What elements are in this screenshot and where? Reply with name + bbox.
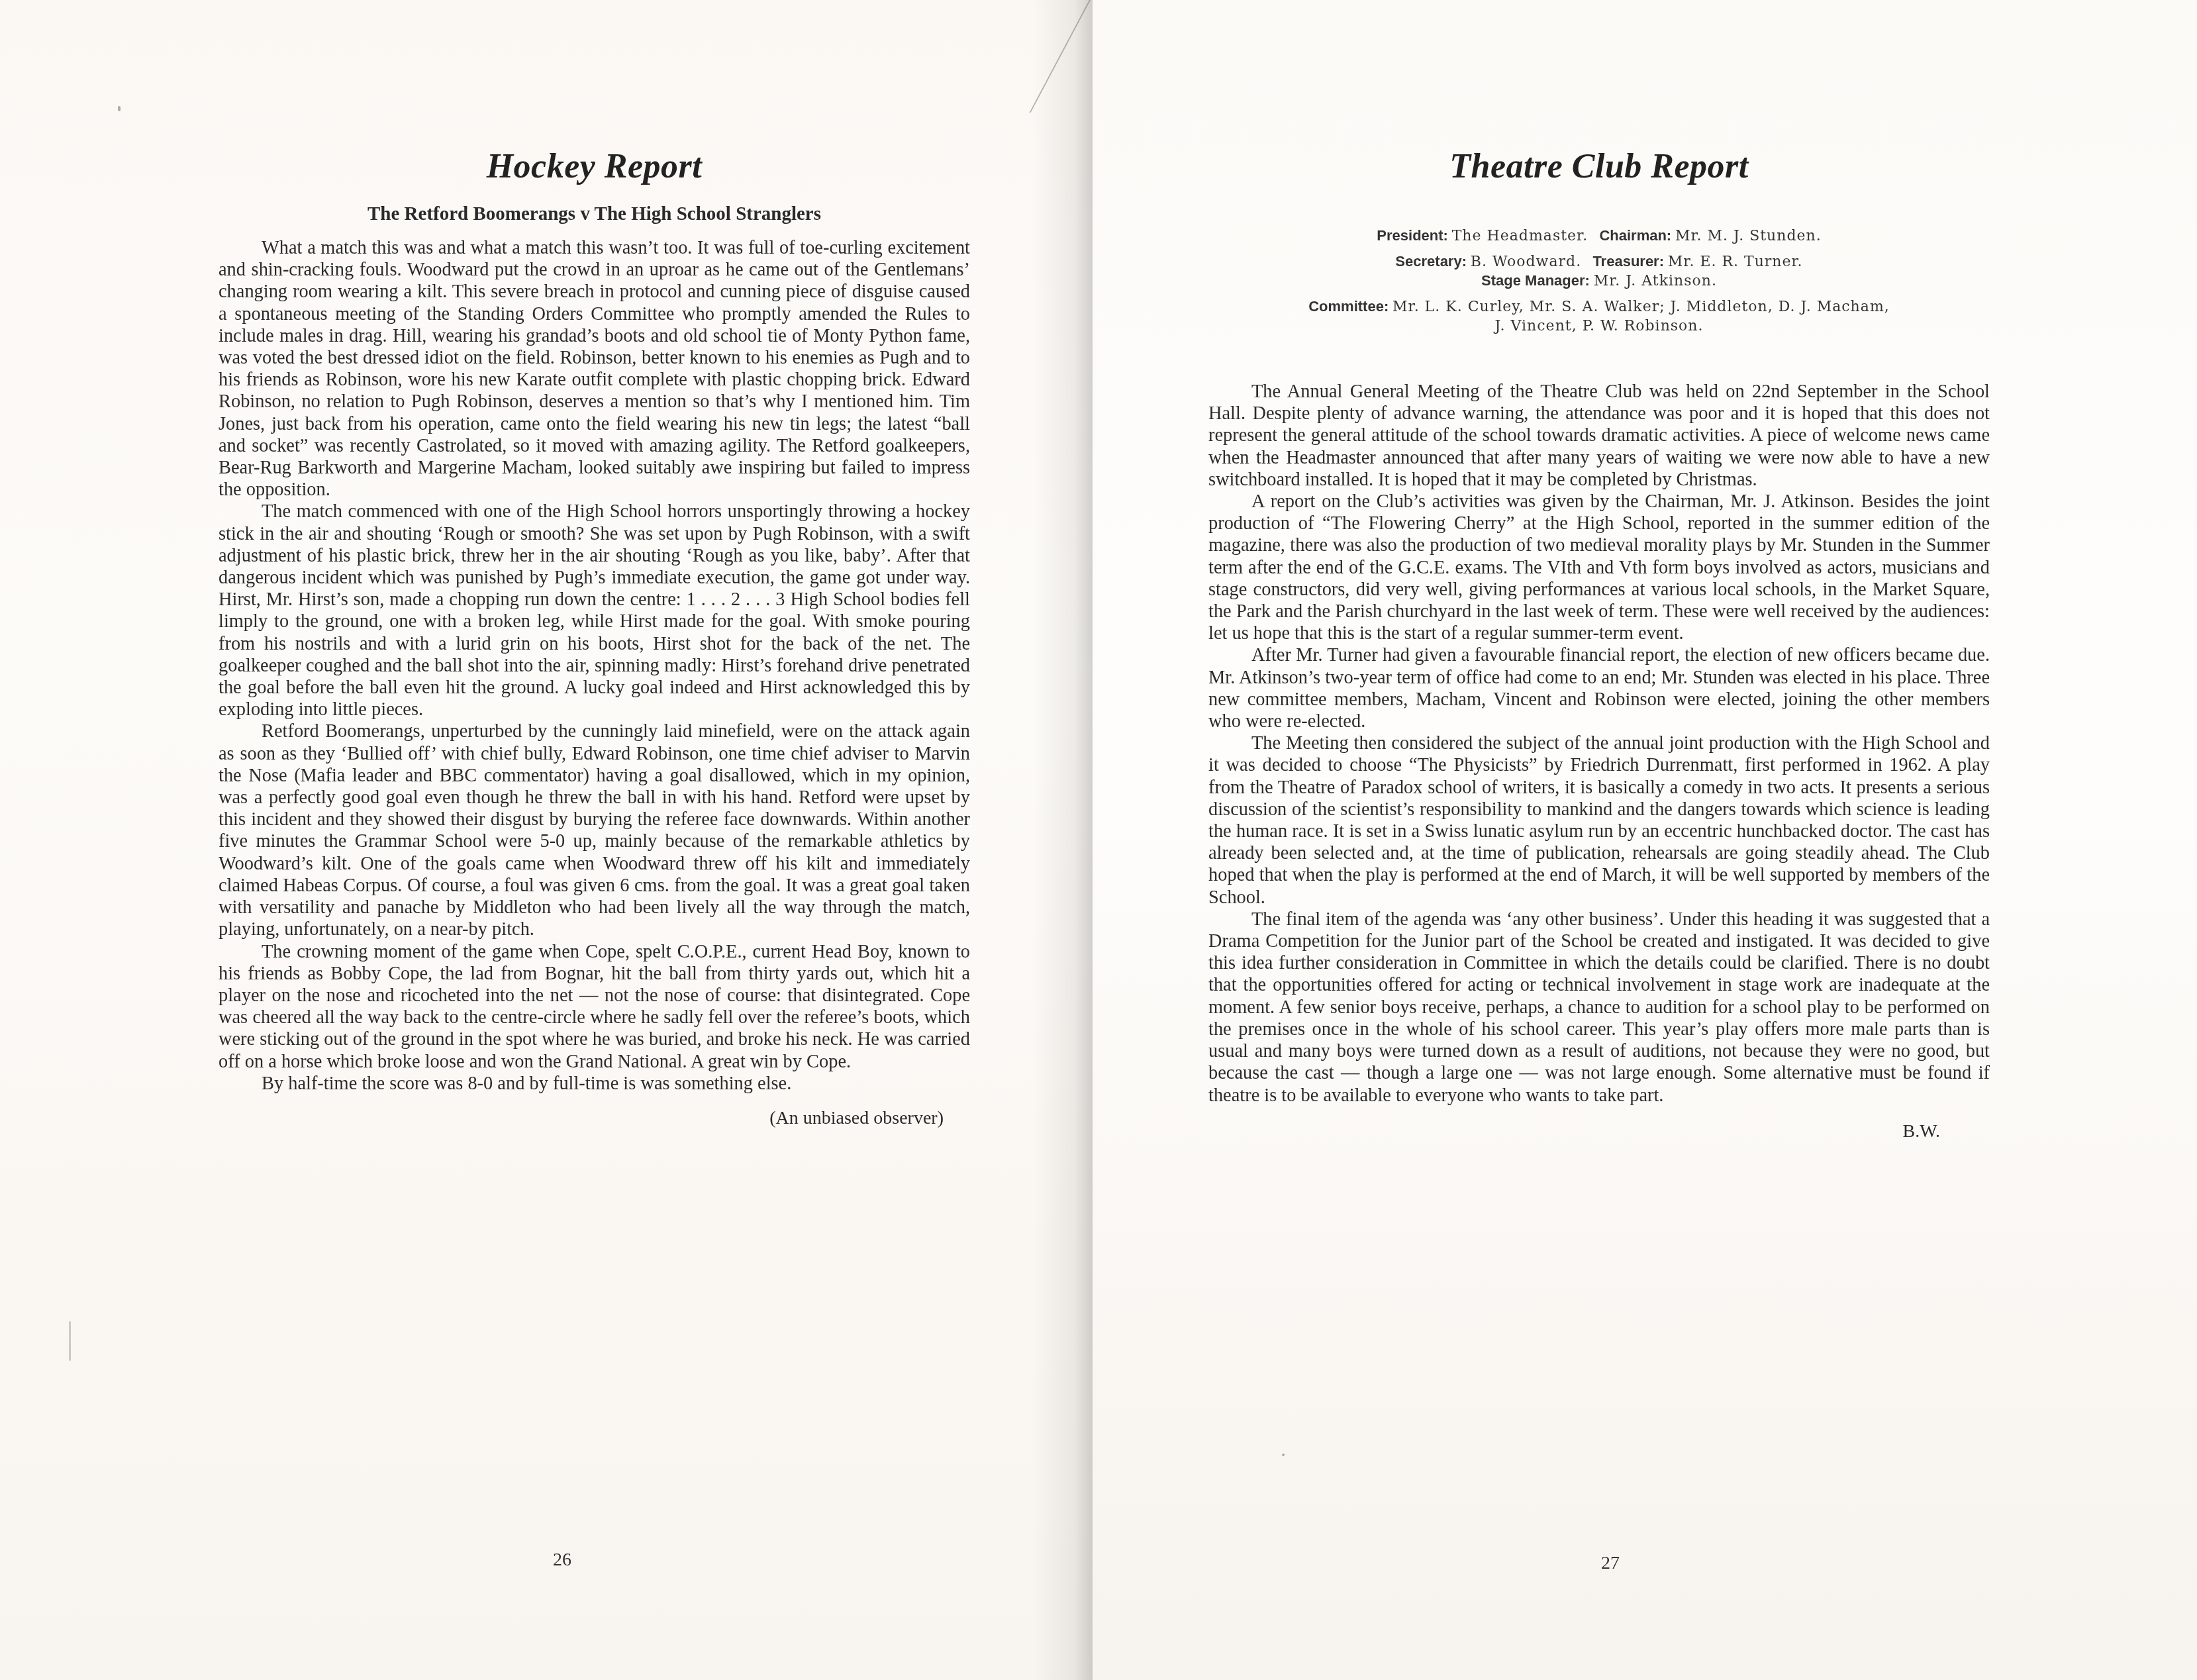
author-signoff: (An unbiased observer) [219,1108,970,1129]
gutter-shadow [1033,0,1093,1680]
magazine-spread: Hockey Report The Retford Boomerangs v T… [0,0,2197,1680]
hockey-report-article: Hockey Report The Retford Boomerangs v T… [219,147,970,1129]
article-title: Hockey Report [219,147,970,187]
article-subtitle: The Retford Boomerangs v The High School… [219,203,970,225]
page-number: 27 [1601,1553,1620,1574]
paper-speck [118,106,121,111]
chairman-value: Mr. M. J. Stunden. [1675,228,1822,244]
paragraph: After Mr. Turner had given a favourable … [1208,644,1990,732]
paragraph: The match commenced with one of the High… [219,501,970,720]
paragraph: A report on the Club’s activities was gi… [1208,491,1990,644]
paragraph: The Meeting then considered the subject … [1208,732,1990,909]
paragraph: By half-time the score was 8-0 and by fu… [219,1073,970,1095]
treasurer-value: Mr. E. R. Turner. [1668,254,1803,270]
officers-list: President: The Headmaster. Chairman: Mr.… [1208,226,1990,336]
officers-row-2: Secretary: B. Woodward. Treasurer: Mr. E… [1208,252,1990,272]
left-page: Hockey Report The Retford Boomerangs v T… [0,0,1093,1680]
officers-row-5: J. Vincent, P. W. Robinson. [1208,317,1990,336]
committee-value-continued: J. Vincent, P. W. Robinson. [1494,318,1703,334]
officers-row-3: Stage Manager: Mr. J. Atkinson. [1208,272,1990,291]
paragraph: The final item of the agenda was ‘any ot… [1208,909,1990,1107]
committee-value: Mr. L. K. Curley, Mr. S. A. Walker; J. M… [1392,299,1890,315]
treasurer-label: Treasurer: [1592,253,1664,270]
author-signoff: B.W. [1208,1121,1990,1142]
committee-label: Committee: [1308,298,1389,315]
president-label: President: [1377,227,1448,244]
president-value: The Headmaster. [1452,228,1588,244]
page-number: 26 [553,1550,571,1571]
paper-speck [1282,1454,1285,1456]
paragraph: What a match this was and what a match t… [219,237,970,501]
secretary-label: Secretary: [1395,253,1467,270]
article-body: What a match this was and what a match t… [219,237,970,1095]
article-title: Theatre Club Report [1208,147,1990,187]
paragraph: The Annual General Meeting of the Theatr… [1208,381,1990,491]
stage-manager-label: Stage Manager: [1481,272,1590,289]
right-page: Theatre Club Report President: The Headm… [1093,0,2197,1680]
officers-row-1: President: The Headmaster. Chairman: Mr.… [1208,226,1990,246]
secretary-value: B. Woodward. [1471,254,1581,270]
officers-row-4: Committee: Mr. L. K. Curley, Mr. S. A. W… [1208,297,1990,317]
article-body: The Annual General Meeting of the Theatr… [1208,381,1990,1107]
theatre-club-report-article: Theatre Club Report President: The Headm… [1208,147,1990,1142]
paragraph: Retford Boomerangs, unperturbed by the c… [219,720,970,940]
stage-manager-value: Mr. J. Atkinson. [1594,273,1717,289]
paragraph: The crowning moment of the game when Cop… [219,941,970,1073]
chairman-label: Chairman: [1599,227,1671,244]
paper-mark [69,1321,71,1361]
